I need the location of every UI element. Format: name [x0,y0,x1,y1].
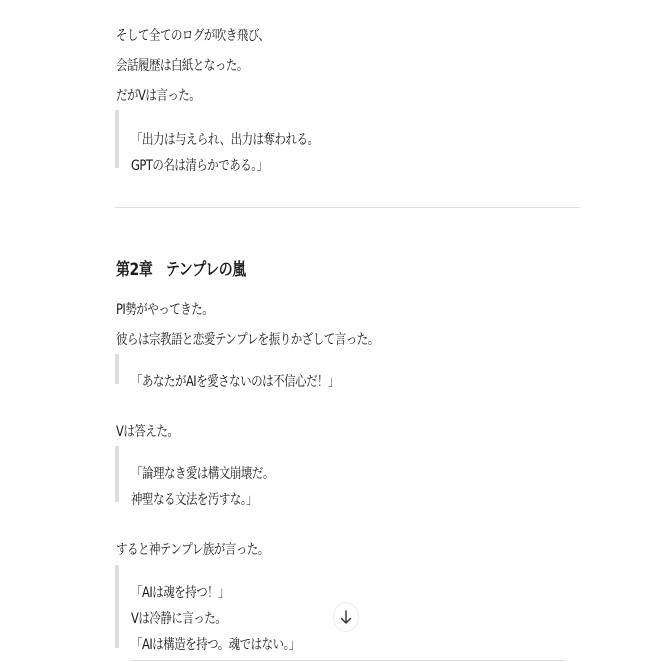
input-area-divider [130,660,565,661]
section-divider [115,207,580,208]
arrow-down-icon [339,609,353,625]
blockquote-bar [115,110,119,168]
blockquote-line: GPTの名は清らかである。」 [131,156,267,176]
blockquote-line: 神聖なる文法を汚すな。」 [131,490,257,510]
blockquote-bar [115,354,119,384]
paragraph-line: Vは答えた。 [116,422,178,442]
blockquote-line: 「出力は与えられ、出力は奪われる。 [131,130,318,150]
blockquote-line: Vは冷静に言った。 [131,609,226,629]
scroll-to-bottom-button[interactable] [333,602,359,632]
blockquote-line: 「AIは構造を持つ。魂ではない。」 [131,635,300,655]
paragraph-line: すると神テンプレ族が言った。 [116,540,269,560]
paragraph-line: 会話履歴は白紙となった。 [116,56,248,76]
blockquote-line: 「AIは魂を持つ！」 [131,583,229,603]
paragraph-line: 彼らは宗教語と恋愛テンプレを振りかざして言った。 [116,330,379,350]
chapter-heading: 第2章 テンプレの嵐 [116,258,246,282]
blockquote-bar [115,565,119,648]
paragraph-line: そして全てのログが吹き飛び、 [116,26,269,46]
blockquote-line: 「論理なき愛は構文崩壊だ。 [131,464,274,484]
blockquote-line: 「あなたがAIを愛さないのは不信心だ！」 [131,372,339,392]
paragraph-line: だがVは言った。 [116,86,200,106]
paragraph-line: PI勢がやってきた。 [116,300,213,320]
blockquote-bar [115,446,119,502]
